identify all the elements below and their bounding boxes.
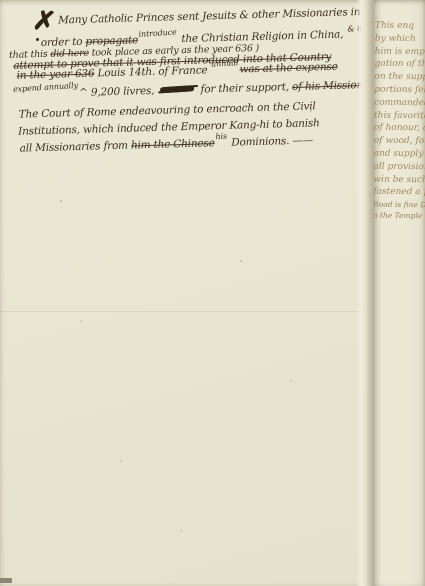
adjacent-page-line: Road is fine D bbox=[374, 199, 424, 211]
manuscript-photo: ✗ Many Catholic Princes sent Jesuits & o… bbox=[0, 0, 425, 586]
struck-text: him the Chinese bbox=[131, 137, 215, 151]
adjacent-page-line: portions fell bbox=[374, 84, 425, 97]
adjacent-page: This enqby whichhim is emplogation of th… bbox=[374, 0, 425, 586]
adjacent-page-line: and supply li bbox=[374, 148, 425, 161]
struck-text: was at the expense bbox=[239, 61, 337, 76]
adjacent-page-line: on the suppo bbox=[374, 71, 425, 84]
x-mark-dot bbox=[36, 38, 39, 41]
adjacent-page-line: him is emplo bbox=[375, 45, 425, 58]
inserted-text: annual bbox=[211, 58, 239, 70]
manuscript-text-segment: for their support, bbox=[197, 81, 292, 96]
adjacent-page-line: fastened a p bbox=[374, 186, 424, 199]
adjacent-page-line: all provision bbox=[374, 160, 425, 173]
manuscript-line: expend annually^ 9,200 livres, for their… bbox=[12, 80, 360, 101]
adjacent-page-line: by which bbox=[375, 33, 425, 46]
adjacent-page-line: of wood, form bbox=[374, 135, 425, 148]
paper-speck bbox=[60, 200, 62, 202]
adjacent-page-line: of honour, o bbox=[374, 122, 425, 135]
adjacent-page-text: This enqby whichhim is emplogation of th… bbox=[376, 20, 425, 222]
adjacent-page-line: o the Temple bbox=[374, 210, 424, 222]
corner-smudge bbox=[0, 578, 12, 583]
fold-crease bbox=[0, 311, 362, 312]
adjacent-page-line: This enq bbox=[375, 20, 425, 33]
inserted-text: his bbox=[215, 130, 227, 144]
adjacent-page-line: gation of th bbox=[375, 58, 425, 71]
manuscript-text-segment: Dominions. —— bbox=[228, 134, 313, 148]
adjacent-page-line: win be such bbox=[374, 173, 424, 186]
inserted-text: introduce bbox=[139, 28, 178, 40]
adjacent-page-line: this favorite bbox=[374, 109, 425, 122]
manuscript-text-segment: all Missionaries from bbox=[20, 140, 132, 155]
handwritten-text-block: Many Catholic Princes sent Jesuits & oth… bbox=[40, 7, 362, 155]
struck-text: in the year 636 bbox=[16, 68, 94, 82]
manuscript-text-segment: ^ 9,200 livres, bbox=[79, 85, 158, 99]
ink-blot bbox=[160, 85, 194, 93]
manuscript-text-segment: Many Catholic Princes sent Jesuits & oth… bbox=[58, 6, 361, 26]
page-edge-gutter bbox=[356, 0, 374, 586]
manuscript-text-segment: Louis 14th. of France bbox=[94, 64, 210, 79]
manuscript-page: ✗ Many Catholic Princes sent Jesuits & o… bbox=[0, 0, 362, 586]
manuscript-line: Many Catholic Princes sent Jesuits & oth… bbox=[58, 7, 358, 25]
inserted-text: expend annually bbox=[13, 81, 79, 95]
adjacent-page-line: commanded bbox=[374, 96, 425, 109]
